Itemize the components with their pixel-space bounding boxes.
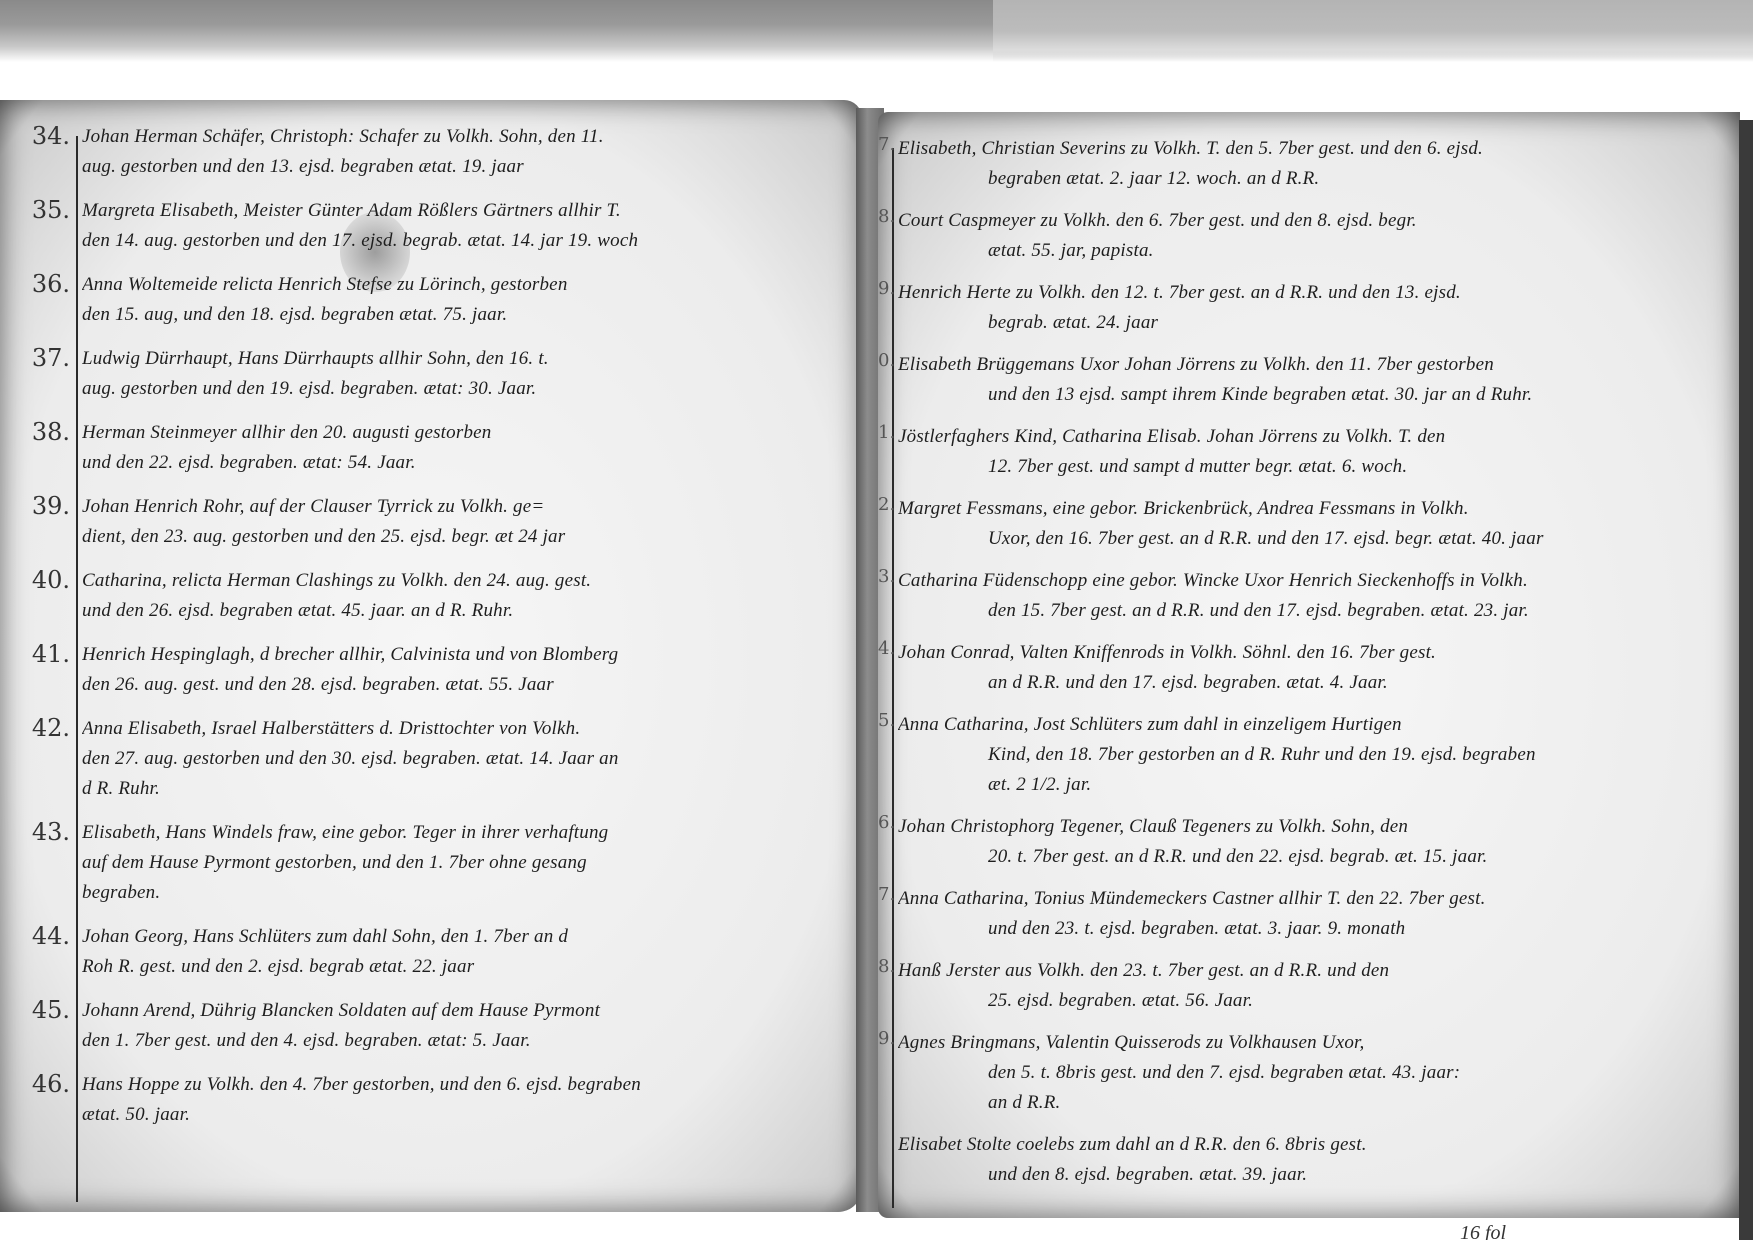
left-entries-list: 34.Johan Herman Schäfer, Christoph: Scha… bbox=[4, 122, 848, 1144]
entry-line: aug. gestorben und den 13. ejsd. begrabe… bbox=[82, 152, 848, 182]
entry-line: ætat. 50. jaar. bbox=[82, 1100, 848, 1130]
entry-text: Catharina Füdenschopp eine gebor. Wincke… bbox=[898, 566, 1726, 626]
entry-line: den 27. aug. gestorben und den 30. ejsd.… bbox=[82, 744, 848, 774]
entry-line: Anna Woltemeide relicta Henrich Stefse z… bbox=[82, 270, 848, 300]
entry-text: Hanß Jerster aus Volkh. den 23. t. 7ber … bbox=[898, 956, 1726, 1016]
entry-line: Jöstlerfaghers Kind, Catharina Elisab. J… bbox=[898, 422, 1726, 452]
register-entry: 1.Jöstlerfaghers Kind, Catharina Elisab.… bbox=[878, 422, 1726, 482]
entry-text: Elisabet Stolte coelebs zum dahl an d R.… bbox=[898, 1130, 1726, 1190]
scanner-shadow-right bbox=[993, 0, 1753, 62]
folio-mark: 16 fol bbox=[1460, 1222, 1506, 1240]
entry-text: Elisabeth, Hans Windels fraw, eine gebor… bbox=[82, 818, 848, 908]
entry-line: Kind, den 18. 7ber gestorben an d R. Ruh… bbox=[898, 740, 1726, 770]
entry-line: begraben ætat. 2. jaar 12. woch. an d R.… bbox=[898, 164, 1726, 194]
entry-line: den 14. aug. gestorben und den 17. ejsd.… bbox=[82, 226, 848, 256]
entry-text: Elisabeth, Christian Severins zu Volkh. … bbox=[898, 134, 1726, 194]
entry-line: d R. Ruhr. bbox=[82, 774, 848, 804]
entry-text: Johan Georg, Hans Schlüters zum dahl Soh… bbox=[82, 922, 848, 982]
scanner-shadow-bar bbox=[0, 0, 1753, 62]
entry-line: æt. 2 1/2. jar. bbox=[898, 770, 1726, 800]
entry-line: Elisabeth, Hans Windels fraw, eine gebor… bbox=[82, 818, 848, 848]
entry-line: den 15. 7ber gest. an d R.R. und den 17.… bbox=[898, 596, 1726, 626]
register-entry: 7.Elisabeth, Christian Severins zu Volkh… bbox=[878, 134, 1726, 194]
entry-text: Margret Fessmans, eine gebor. Brickenbrü… bbox=[898, 494, 1726, 554]
register-entry: 46.Hans Hoppe zu Volkh. den 4. 7ber gest… bbox=[4, 1070, 848, 1130]
entry-line: an d R.R. bbox=[898, 1088, 1726, 1118]
entry-line: Uxor, den 16. 7ber gest. an d R.R. und d… bbox=[898, 524, 1726, 554]
register-entry: 9.Agnes Bringmans, Valentin Quisserods z… bbox=[878, 1028, 1726, 1118]
entry-number: 41. bbox=[4, 640, 82, 668]
entry-line: Herman Steinmeyer allhir den 20. augusti… bbox=[82, 418, 848, 448]
entry-line: Henrich Hespinglagh, d brecher allhir, C… bbox=[82, 640, 848, 670]
entry-number: 7. bbox=[878, 884, 898, 905]
entry-line: Margret Fessmans, eine gebor. Brickenbrü… bbox=[898, 494, 1726, 524]
entry-line: Roh R. gest. und den 2. ejsd. begrab æta… bbox=[82, 952, 848, 982]
entry-line: und den 23. t. ejsd. begraben. ætat. 3. … bbox=[898, 914, 1726, 944]
entry-number: 39. bbox=[4, 492, 82, 520]
register-entry: 38.Herman Steinmeyer allhir den 20. augu… bbox=[4, 418, 848, 478]
entry-line: auf dem Hause Pyrmont gestorben, und den… bbox=[82, 848, 848, 878]
entry-text: Johann Arend, Dührig Blancken Soldaten a… bbox=[82, 996, 848, 1056]
entry-text: Johan Conrad, Valten Kniffenrods in Volk… bbox=[898, 638, 1726, 698]
register-entry: 41.Henrich Hespinglagh, d brecher allhir… bbox=[4, 640, 848, 700]
entry-number: 2. bbox=[878, 494, 898, 515]
entry-line: Catharina, relicta Herman Clashings zu V… bbox=[82, 566, 848, 596]
register-entry: 3.Catharina Füdenschopp eine gebor. Winc… bbox=[878, 566, 1726, 626]
register-entry: 35.Margreta Elisabeth, Meister Günter Ad… bbox=[4, 196, 848, 256]
register-entry: 8.Hanß Jerster aus Volkh. den 23. t. 7be… bbox=[878, 956, 1726, 1016]
register-entry: 0.Elisabeth Brüggemans Uxor Johan Jörren… bbox=[878, 350, 1726, 410]
entry-number: 45. bbox=[4, 996, 82, 1024]
register-entry: 5.Anna Catharina, Jost Schlüters zum dah… bbox=[878, 710, 1726, 800]
entry-line: und den 26. ejsd. begraben ætat. 45. jaa… bbox=[82, 596, 848, 626]
entry-line: Elisabeth, Christian Severins zu Volkh. … bbox=[898, 134, 1726, 164]
register-entry: 44.Johan Georg, Hans Schlüters zum dahl … bbox=[4, 922, 848, 982]
entry-text: Johan Herman Schäfer, Christoph: Schafer… bbox=[82, 122, 848, 182]
entry-number: 37. bbox=[4, 344, 82, 372]
entry-number: 38. bbox=[4, 418, 82, 446]
entry-text: Anna Catharina, Tonius Mündemeckers Cast… bbox=[898, 884, 1726, 944]
entry-line: den 5. t. 8bris gest. und den 7. ejsd. b… bbox=[898, 1058, 1726, 1088]
entry-line: Johann Arend, Dührig Blancken Soldaten a… bbox=[82, 996, 848, 1026]
entry-line: Agnes Bringmans, Valentin Quisserods zu … bbox=[898, 1028, 1726, 1058]
entry-text: Hans Hoppe zu Volkh. den 4. 7ber gestorb… bbox=[82, 1070, 848, 1130]
entry-number: 0. bbox=[878, 350, 898, 371]
entry-text: Henrich Hespinglagh, d brecher allhir, C… bbox=[82, 640, 848, 700]
entry-text: Herman Steinmeyer allhir den 20. augusti… bbox=[82, 418, 848, 478]
entry-text: Henrich Herte zu Volkh. den 12. t. 7ber … bbox=[898, 278, 1726, 338]
entry-number: 7. bbox=[878, 134, 898, 155]
register-entry: 6.Johan Christophorg Tegener, Clauß Tege… bbox=[878, 812, 1726, 872]
entry-line: an d R.R. und den 17. ejsd. begraben. æt… bbox=[898, 668, 1726, 698]
entry-line: Elisabeth Brüggemans Uxor Johan Jörrens … bbox=[898, 350, 1726, 380]
entry-line: Johan Georg, Hans Schlüters zum dahl Soh… bbox=[82, 922, 848, 952]
register-entry: Elisabet Stolte coelebs zum dahl an d R.… bbox=[878, 1130, 1726, 1190]
register-entry: 42.Anna Elisabeth, Israel Halberstätters… bbox=[4, 714, 848, 804]
entry-text: Anna Elisabeth, Israel Halberstätters d.… bbox=[82, 714, 848, 804]
register-entry: 7.Anna Catharina, Tonius Mündemeckers Ca… bbox=[878, 884, 1726, 944]
entry-line: und den 8. ejsd. begraben. ætat. 39. jaa… bbox=[898, 1160, 1726, 1190]
entry-line: Johan Conrad, Valten Kniffenrods in Volk… bbox=[898, 638, 1726, 668]
entry-text: Agnes Bringmans, Valentin Quisserods zu … bbox=[898, 1028, 1726, 1118]
entry-number: 44. bbox=[4, 922, 82, 950]
entry-number: 34. bbox=[4, 122, 82, 150]
entry-text: Ludwig Dürrhaupt, Hans Dürrhaupts allhir… bbox=[82, 344, 848, 404]
entry-line: ætat. 55. jar, papista. bbox=[898, 236, 1726, 266]
entry-number: 4. bbox=[878, 638, 898, 659]
register-entry: 45.Johann Arend, Dührig Blancken Soldate… bbox=[4, 996, 848, 1056]
entry-line: Anna Catharina, Tonius Mündemeckers Cast… bbox=[898, 884, 1726, 914]
entry-line: Margreta Elisabeth, Meister Günter Adam … bbox=[82, 196, 848, 226]
right-entries-list: 7.Elisabeth, Christian Severins zu Volkh… bbox=[878, 134, 1726, 1202]
entry-line: Elisabet Stolte coelebs zum dahl an d R.… bbox=[898, 1130, 1726, 1160]
entry-text: Anna Woltemeide relicta Henrich Stefse z… bbox=[82, 270, 848, 330]
entry-line: Anna Elisabeth, Israel Halberstätters d.… bbox=[82, 714, 848, 744]
entry-number: 42. bbox=[4, 714, 82, 742]
entry-number: 1. bbox=[878, 422, 898, 443]
entry-number: 46. bbox=[4, 1070, 82, 1098]
entry-number: 43. bbox=[4, 818, 82, 846]
register-entry: 8.Court Caspmeyer zu Volkh. den 6. 7ber … bbox=[878, 206, 1726, 266]
entry-line: Hanß Jerster aus Volkh. den 23. t. 7ber … bbox=[898, 956, 1726, 986]
register-entry: 2.Margret Fessmans, eine gebor. Brickenb… bbox=[878, 494, 1726, 554]
entry-number: 8. bbox=[878, 956, 898, 977]
entry-line: begraben. bbox=[82, 878, 848, 908]
entry-text: Anna Catharina, Jost Schlüters zum dahl … bbox=[898, 710, 1726, 800]
entry-text: Johan Christophorg Tegener, Clauß Tegene… bbox=[898, 812, 1726, 872]
register-entry: 34.Johan Herman Schäfer, Christoph: Scha… bbox=[4, 122, 848, 182]
entry-number: 9. bbox=[878, 278, 898, 299]
entry-text: Margreta Elisabeth, Meister Günter Adam … bbox=[82, 196, 848, 256]
entry-line: den 1. 7ber gest. und den 4. ejsd. begra… bbox=[82, 1026, 848, 1056]
entry-text: Johan Henrich Rohr, auf der Clauser Tyrr… bbox=[82, 492, 848, 552]
entry-line: und den 13 ejsd. sampt ihrem Kinde begra… bbox=[898, 380, 1726, 410]
entry-text: Catharina, relicta Herman Clashings zu V… bbox=[82, 566, 848, 626]
entry-line: Henrich Herte zu Volkh. den 12. t. 7ber … bbox=[898, 278, 1726, 308]
entry-text: Court Caspmeyer zu Volkh. den 6. 7ber ge… bbox=[898, 206, 1726, 266]
entry-number: 40. bbox=[4, 566, 82, 594]
register-entry: 43.Elisabeth, Hans Windels fraw, eine ge… bbox=[4, 818, 848, 908]
entry-line: Johan Henrich Rohr, auf der Clauser Tyrr… bbox=[82, 492, 848, 522]
entry-line: Johan Christophorg Tegener, Clauß Tegene… bbox=[898, 812, 1726, 842]
entry-line: Catharina Füdenschopp eine gebor. Wincke… bbox=[898, 566, 1726, 596]
entry-number: 3. bbox=[878, 566, 898, 587]
register-entry: 4.Johan Conrad, Valten Kniffenrods in Vo… bbox=[878, 638, 1726, 698]
entry-line: dient, den 23. aug. gestorben und den 25… bbox=[82, 522, 848, 552]
register-entry: 9.Henrich Herte zu Volkh. den 12. t. 7be… bbox=[878, 278, 1726, 338]
entry-line: 12. 7ber gest. und sampt d mutter begr. … bbox=[898, 452, 1726, 482]
register-entry: 39.Johan Henrich Rohr, auf der Clauser T… bbox=[4, 492, 848, 552]
register-entry: 36.Anna Woltemeide relicta Henrich Stefs… bbox=[4, 270, 848, 330]
entry-number: 8. bbox=[878, 206, 898, 227]
entry-line: 20. t. 7ber gest. an d R.R. und den 22. … bbox=[898, 842, 1726, 872]
entry-line: den 15. aug, und den 18. ejsd. begraben … bbox=[82, 300, 848, 330]
entry-number: 5. bbox=[878, 710, 898, 731]
entry-number: 35. bbox=[4, 196, 82, 224]
entry-line: und den 22. ejsd. begraben. ætat: 54. Ja… bbox=[82, 448, 848, 478]
entry-line: aug. gestorben und den 19. ejsd. begrabe… bbox=[82, 374, 848, 404]
entry-line: Court Caspmeyer zu Volkh. den 6. 7ber ge… bbox=[898, 206, 1726, 236]
left-page: 34.Johan Herman Schäfer, Christoph: Scha… bbox=[0, 100, 862, 1212]
entry-number: 36. bbox=[4, 270, 82, 298]
right-page: 7.Elisabeth, Christian Severins zu Volkh… bbox=[878, 112, 1740, 1218]
entry-text: Elisabeth Brüggemans Uxor Johan Jörrens … bbox=[898, 350, 1726, 410]
register-entry: 40.Catharina, relicta Herman Clashings z… bbox=[4, 566, 848, 626]
entry-line: den 26. aug. gest. und den 28. ejsd. beg… bbox=[82, 670, 848, 700]
register-book: 34.Johan Herman Schäfer, Christoph: Scha… bbox=[0, 100, 1740, 1220]
entry-text: Jöstlerfaghers Kind, Catharina Elisab. J… bbox=[898, 422, 1726, 482]
entry-line: begrab. ætat. 24. jaar bbox=[898, 308, 1726, 338]
entry-number: 6. bbox=[878, 812, 898, 833]
entry-line: Ludwig Dürrhaupt, Hans Dürrhaupts allhir… bbox=[82, 344, 848, 374]
scan-edge bbox=[1739, 120, 1753, 1240]
register-entry: 37.Ludwig Dürrhaupt, Hans Dürrhaupts all… bbox=[4, 344, 848, 404]
entry-number: 9. bbox=[878, 1028, 898, 1049]
entry-line: Johan Herman Schäfer, Christoph: Schafer… bbox=[82, 122, 848, 152]
entry-line: 25. ejsd. begraben. ætat. 56. Jaar. bbox=[898, 986, 1726, 1016]
entry-line: Anna Catharina, Jost Schlüters zum dahl … bbox=[898, 710, 1726, 740]
entry-line: Hans Hoppe zu Volkh. den 4. 7ber gestorb… bbox=[82, 1070, 848, 1100]
